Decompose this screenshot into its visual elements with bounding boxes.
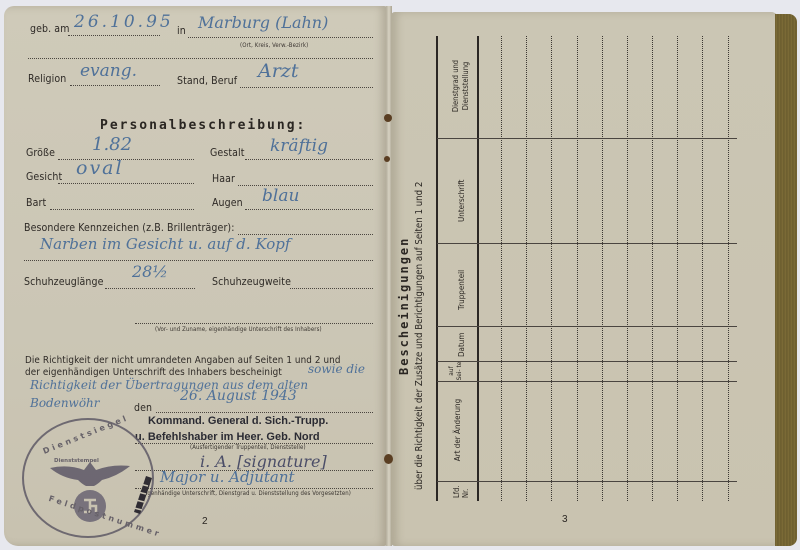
shoe-width-line: [290, 288, 373, 289]
column-divider: [437, 138, 737, 139]
table-header-border: [477, 36, 479, 501]
occupation-line: [240, 87, 373, 88]
right-page-subtitle: über die Richtigkeit der Zusätze und Ber…: [414, 182, 425, 490]
occupation-value: Arzt: [258, 60, 298, 82]
marks-line-2: [24, 260, 373, 261]
religion-line: [70, 85, 160, 86]
holder-signature-hint: (Vor- und Zuname, eigenhändige Unterschr…: [155, 326, 322, 333]
column-divider: [437, 361, 737, 362]
left-page-number: 2: [202, 516, 208, 527]
face-line: [58, 183, 194, 184]
column-header-change-type: Art der Änderung: [452, 398, 463, 462]
date-value: 26. August 1943: [180, 388, 297, 404]
unit-hint: (Ausfertigender Truppenteil, Dienststell…: [190, 444, 306, 451]
unit-line-1: Kommand. General d. Sich.-Trupp.: [148, 415, 328, 427]
beard-label: Bart: [26, 197, 46, 209]
signature-hint: (Eigenhändige Unterschrift, Dienstgrad u…: [140, 490, 351, 497]
table-outer-border: [436, 36, 438, 501]
column-divider: [437, 326, 737, 327]
blank-line: [28, 58, 373, 59]
table-row-line: [602, 36, 603, 501]
table-row-line: [728, 36, 729, 501]
table-row-line: [677, 36, 678, 501]
column-header-unit: Truppenteil: [457, 270, 466, 310]
rank-line: [135, 488, 373, 489]
staple-icon: [384, 156, 390, 162]
shoe-width-label: Schuhzeugweite: [212, 276, 291, 288]
build-label: Gestalt: [210, 147, 245, 159]
table-row-line: [526, 36, 527, 501]
table-row-line: [577, 36, 578, 501]
build-line: [245, 159, 373, 160]
shoe-length-label: Schuhzeuglänge: [24, 276, 104, 288]
date-label: den: [134, 402, 152, 414]
shoe-length-line: [105, 288, 195, 289]
right-page-number: 3: [562, 514, 568, 525]
column-header-signature: Unterschrift: [457, 180, 466, 222]
signature-rank: Major u. Adjutant: [160, 468, 295, 486]
born-on-label: geb. am: [30, 23, 70, 35]
certification-place: Bodenwöhr: [30, 396, 100, 410]
place-line: [188, 37, 373, 38]
column-header-lfd-nr: Lfd. Nr.: [452, 480, 470, 498]
table-row-line: [551, 36, 552, 501]
born-on-line: [68, 35, 160, 36]
face-value: oval: [76, 157, 124, 179]
staple-icon: [384, 454, 393, 464]
column-header-page: auf Sei- te: [448, 361, 463, 381]
date-line: [156, 412, 373, 413]
column-header-rank: Dienstgrad und Dienststellung: [451, 41, 471, 131]
face-label: Gesicht: [26, 171, 62, 183]
height-label: Größe: [26, 147, 55, 159]
certification-line-2: der eigenhändigen Unterschrift des Inhab…: [25, 367, 282, 378]
place-hint: (Ort, Kreis, Verw.-Bezirk): [240, 42, 308, 49]
marks-value: Narben im Gesicht u. auf d. Kopf: [40, 235, 290, 253]
hair-line: [238, 185, 373, 186]
place-label: in: [177, 25, 186, 37]
marks-label: Besondere Kennzeichen (z.B. Brillenträge…: [24, 222, 235, 234]
certification-line-1: Die Richtigkeit der nicht umrandeten Ang…: [25, 355, 341, 366]
stamp-mark-icon: [132, 474, 154, 516]
holder-signature-line: [135, 323, 373, 324]
build-value: kräftig: [270, 136, 328, 156]
right-page-title: Bescheinigungen: [397, 237, 411, 375]
eyes-line: [245, 209, 373, 210]
table-row-line: [702, 36, 703, 501]
table-row-line: [652, 36, 653, 501]
height-value: 1.82: [92, 134, 132, 155]
column-divider: [437, 481, 737, 482]
table-row-line: [627, 36, 628, 501]
eyes-label: Augen: [212, 197, 243, 209]
staple-icon: [384, 114, 392, 122]
occupation-label: Stand, Beruf: [177, 75, 237, 87]
hair-label: Haar: [212, 173, 235, 185]
column-divider: [437, 243, 737, 244]
unit-line-2: u. Befehlshaber im Heer. Geb. Nord: [135, 431, 320, 443]
page-edge: [775, 14, 797, 546]
column-header-date: Datum: [457, 333, 466, 357]
place-value: Marburg (Lahn): [198, 13, 328, 32]
column-divider: [437, 381, 737, 382]
shoe-length-value: 28½: [132, 262, 168, 281]
description-title: Personalbeschreibung:: [100, 118, 306, 133]
right-page: [391, 12, 779, 546]
certification-handwritten-1: sowie die: [308, 362, 365, 376]
religion-value: evang.: [80, 61, 137, 81]
religion-label: Religion: [28, 73, 66, 85]
table-row-line: [501, 36, 502, 501]
eyes-value: blau: [262, 186, 299, 206]
beard-line: [50, 209, 194, 210]
born-on-value: 26.10.95: [74, 12, 174, 32]
